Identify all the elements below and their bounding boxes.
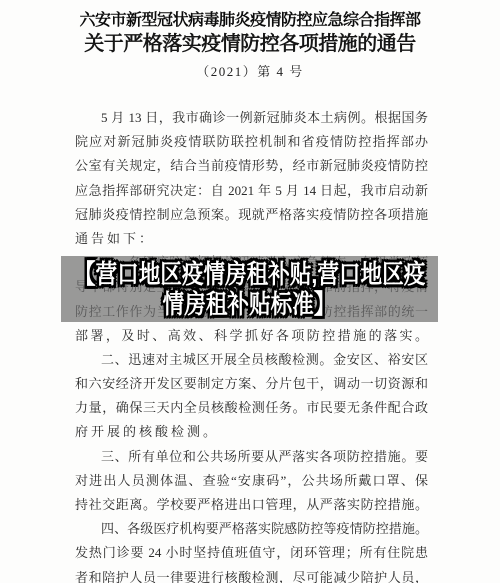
- document-number: （2021）第 4 号: [0, 61, 500, 80]
- document-line: 力量，确保三天内全员核酸检测任务。市民要无条件配合政: [75, 396, 428, 420]
- document-line: 对进出人员测体温、查验“安康码”，公共场所戴口罩、保: [75, 469, 428, 493]
- document-line: 5 月 13 日，我市确诊一例新冠肺炎本土病例。根据国务: [75, 106, 428, 130]
- document-line: 持社交距离。学校要严格进出口管理，从严落实防控措施。: [75, 493, 428, 517]
- document-line: 公室有关规定，结合当前疫情形势，经市新冠肺炎疫情防控: [75, 154, 428, 178]
- notice-body: 5 月 13 日，我市确诊一例新冠肺炎本土病例。根据国务院应对新冠肺炎疫情联防联…: [75, 106, 428, 583]
- document-line: 和六安经济开发区要制定方案、分片包干，调动一切资源和: [75, 372, 428, 396]
- document-line: 冠肺炎疫情控制应急预案。现就严格落实疫情防控各项措施: [75, 203, 428, 227]
- document-line: 院应对新冠肺炎疫情联防联控机制和省疫情防控指挥部办: [75, 130, 428, 154]
- watermark-overlay: 【营口地区疫情房租补贴,营口地区疫 情房租补贴标准】: [61, 256, 438, 322]
- document-line: 发热门诊要 24 小时坚持值班值守，闭环管理；所有住院患: [75, 541, 428, 565]
- document-line: 四、各级医疗机构要严格落实院感防控等疫情防控措施。: [75, 517, 428, 541]
- document-line: 者和陪护人员一律要进行核酸检测，尽可能减少陪护人员，: [75, 566, 428, 583]
- notice-title: 关于严格落实疫情防控各项措施的通告: [0, 27, 500, 56]
- document-line: 应急指挥部研究决定：自 2021 年 5 月 14 日起，我市启动新: [75, 179, 428, 203]
- document-line: 通告如下：: [75, 227, 428, 251]
- document-line: 府开展的核酸检测。: [75, 420, 428, 444]
- document-line: 部署，及时、高效、科学抓好各项防控措施的落实。: [75, 324, 428, 348]
- watermark-text-line2: 情房租补贴标准】: [163, 289, 336, 319]
- document-page: 六安市新型冠状病毒肺炎疫情防控应急综合指挥部 关于严格落实疫情防控各项措施的通告…: [0, 0, 500, 583]
- document-line: 三、所有单位和公共场所要从严落实各项防控措施。要: [75, 445, 428, 469]
- document-line: 二、迅速对主城区开展全员核酸检测。金安区、裕安区: [75, 348, 428, 372]
- watermark-text-line1: 【营口地区疫情房租补贴,营口地区疫: [74, 259, 425, 289]
